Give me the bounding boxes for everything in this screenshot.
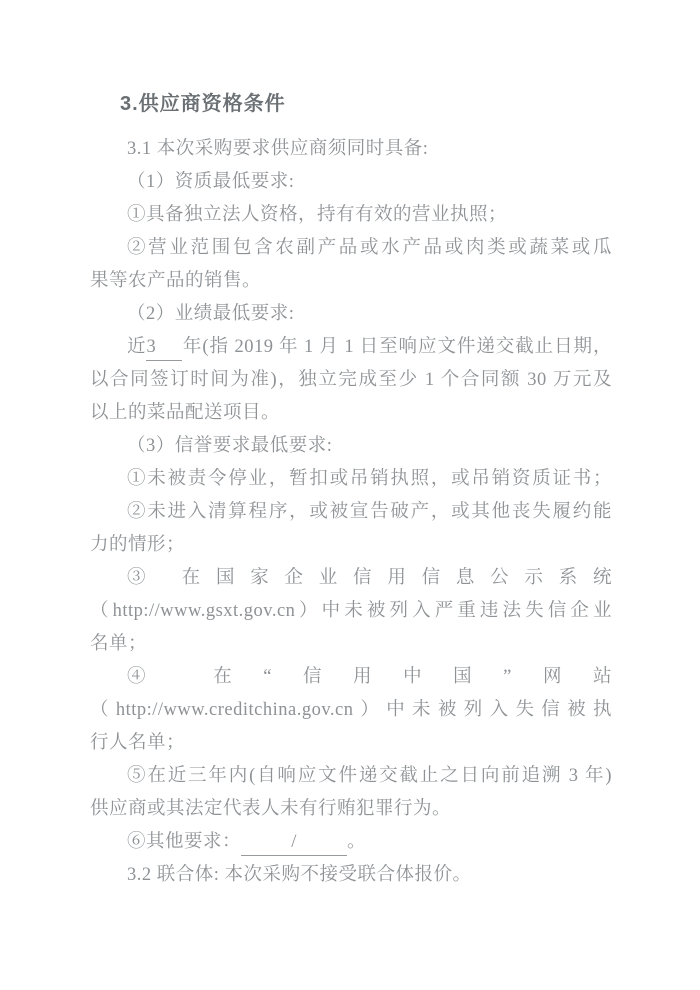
years-blank-underline: 3 [146,334,182,361]
clause-gsxt-url-line: （http://www.gsxt.gov.cn）中未被列入严重违法失信企业 [90,595,612,628]
clause-creditchina-line-1: ④ 在“信用中国”网站 [90,661,612,694]
clause-no-liquidation-line-1: ②未进入清算程序，或被宣告破产，或其他丧失履约能 [90,496,612,529]
clause-business-scope-line-1: ②营业范围包含农副产品或水产品或肉类或蔬菜或瓜 [90,232,612,265]
clause-performance-line-2: 以合同签订时间为准)，独立完成至少 1 个合同额 30 万元及 [90,364,612,397]
item-2-performance-title: （2）业绩最低要求: [90,298,612,331]
other-requirements-label: ⑥其他要求： [127,832,241,852]
para-3-1: 3.1 本次采购要求供应商须同时具备: [90,133,612,166]
clause-creditchina-url-line: （http://www.creditchina.gov.cn）中未被列入失信被执 [90,694,612,727]
clause-gsxt-line-1: ③ 在国家企业信用信息公示系统 [90,562,612,595]
document-content: 3.供应商资格条件 3.1 本次采购要求供应商须同时具备: （1）资质最低要求:… [90,88,612,892]
item-1-qualification-title: （1）资质最低要求: [90,166,612,199]
clause-legal-person: ①具备独立法人资格，持有有效的营业执照； [90,199,612,232]
item-3-reputation-title: （3）信誉要求最低要求: [90,430,612,463]
clause-gsxt-line-3: 名单； [90,628,612,661]
performance-pre-text: 近 [127,337,146,357]
other-requirements-blank-underline: / [241,829,347,856]
para-3-2-consortium: 3.2 联合体: 本次采购不接受联合体报价。 [90,859,612,892]
clause-performance-line-1: 近3年(指 2019 年 1 月 1 日至响应文件递交截止日期， [90,331,612,364]
clause-no-liquidation-line-2: 力的情形； [90,529,612,562]
section-heading: 3.供应商资格条件 [120,88,612,121]
clause-no-suspension: ①未被责令停业，暂扣或吊销执照，或吊销资质证书； [90,463,612,496]
performance-post-text: 年(指 2019 年 1 月 1 日至响应文件递交截止日期， [182,337,612,357]
clause-business-scope-line-2: 果等农产品的销售。 [90,265,612,298]
clause-no-bribery-line-2: 供应商或其法定代表人未有行贿犯罪行为。 [90,793,612,826]
clause-creditchina-line-3: 行人名单； [90,727,612,760]
clause-no-bribery-line-1: ⑤在近三年内(自响应文件递交截止之日向前追溯 3 年) [90,760,612,793]
other-requirements-post-text: 。 [347,832,366,852]
clause-other-requirements: ⑥其他要求：/。 [90,826,612,859]
document-page: 3.供应商资格条件 3.1 本次采购要求供应商须同时具备: （1）资质最低要求:… [0,0,700,990]
clause-performance-line-3: 以上的菜品配送项目。 [90,397,612,430]
